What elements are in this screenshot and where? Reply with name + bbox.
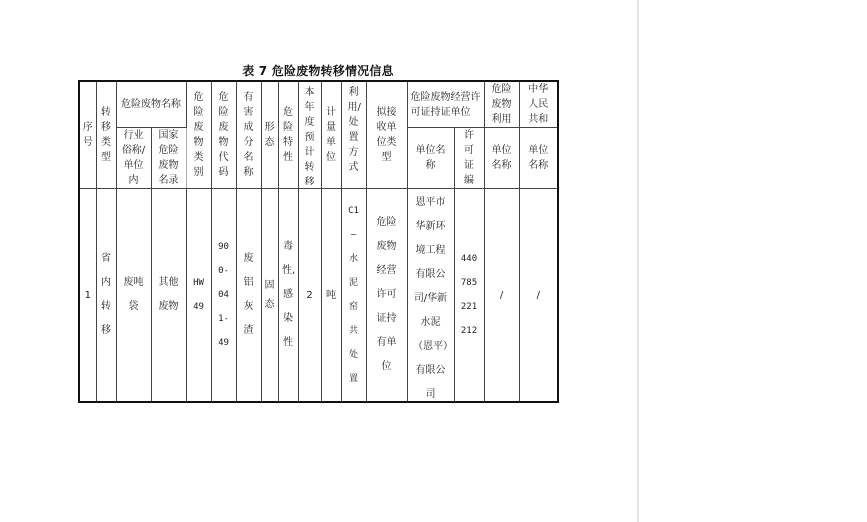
cell-waste-code: 900-041-49 [211,189,236,403]
header-annual-estimate: 本年度预计转移 [298,81,321,189]
cell-hazard-property: 毒性,感染性 [278,189,298,403]
cell-transfer-type: 省内转移 [96,189,116,403]
header-form: 形态 [261,81,278,189]
cell-industry-name: 废吨袋 [116,189,151,403]
page-divider [637,0,639,522]
cell-seq: 1 [79,189,96,403]
header-license-group: 危险废物经营许可证持证单位 [407,81,484,128]
header-seq: 序号 [79,81,96,189]
cell-unit: 吨 [321,189,341,403]
header-prc-group: 中华人民共和 [519,81,558,128]
cell-receiver-type: 危险废物经营许可证持有单位 [366,189,407,403]
header-transfer-type: 转移类型 [96,81,116,189]
hazardous-waste-transfer-table: 序号 转移类型 危险废物名称 危险废物类别 危险废物代码 有害成分名称 形态 危… [78,80,559,403]
header-waste-code: 危险废物代码 [211,81,236,189]
header-harmful-component: 有害成分名称 [236,81,261,189]
cell-license-unit-name: 恩平市华新环境工程有限公司/华新水泥（恩平）有限公司 [407,189,454,403]
header-national-list-name: 国家危险废物名录 [151,128,186,189]
header-industry-name: 行业俗称/单位内 [116,128,151,189]
cell-license-no: 440785221212 [454,189,484,403]
header-waste-name-group: 危险废物名称 [116,81,186,128]
header-utilization-group: 危险废物利用 [484,81,519,128]
header-license-no: 许可证编 [454,128,484,189]
header-license-unit-name: 单位名称 [407,128,454,189]
header-utilization-unit-name: 单位名称 [484,128,519,189]
cell-prc-unit-name: / [519,189,558,403]
cell-annual-estimate: 2 [298,189,321,403]
cell-form: 固态 [261,189,278,403]
cell-national-list-name: 其他废物 [151,189,186,403]
header-waste-category: 危险废物类别 [186,81,211,189]
cell-harmful-component: 废铝灰渣 [236,189,261,403]
header-prc-unit-name: 单位名称 [519,128,558,189]
cell-disposal-method: C1–水泥窑共处置 [341,189,366,403]
cell-waste-category: HW49 [186,189,211,403]
table-title: 表 7 危险废物转移情况信息 [78,62,558,79]
cell-utilization-unit-name: / [484,189,519,403]
table-row: 1 省内转移 废吨袋 其他废物 HW49 900-041-49 废铝灰渣 固态 … [79,189,558,403]
header-unit: 计量单位 [321,81,341,189]
header-receiver-type: 拟接收单位类型 [366,81,407,189]
header-disposal-method: 利用/处置方式 [341,81,366,189]
header-hazard-property: 危险特性 [278,81,298,189]
